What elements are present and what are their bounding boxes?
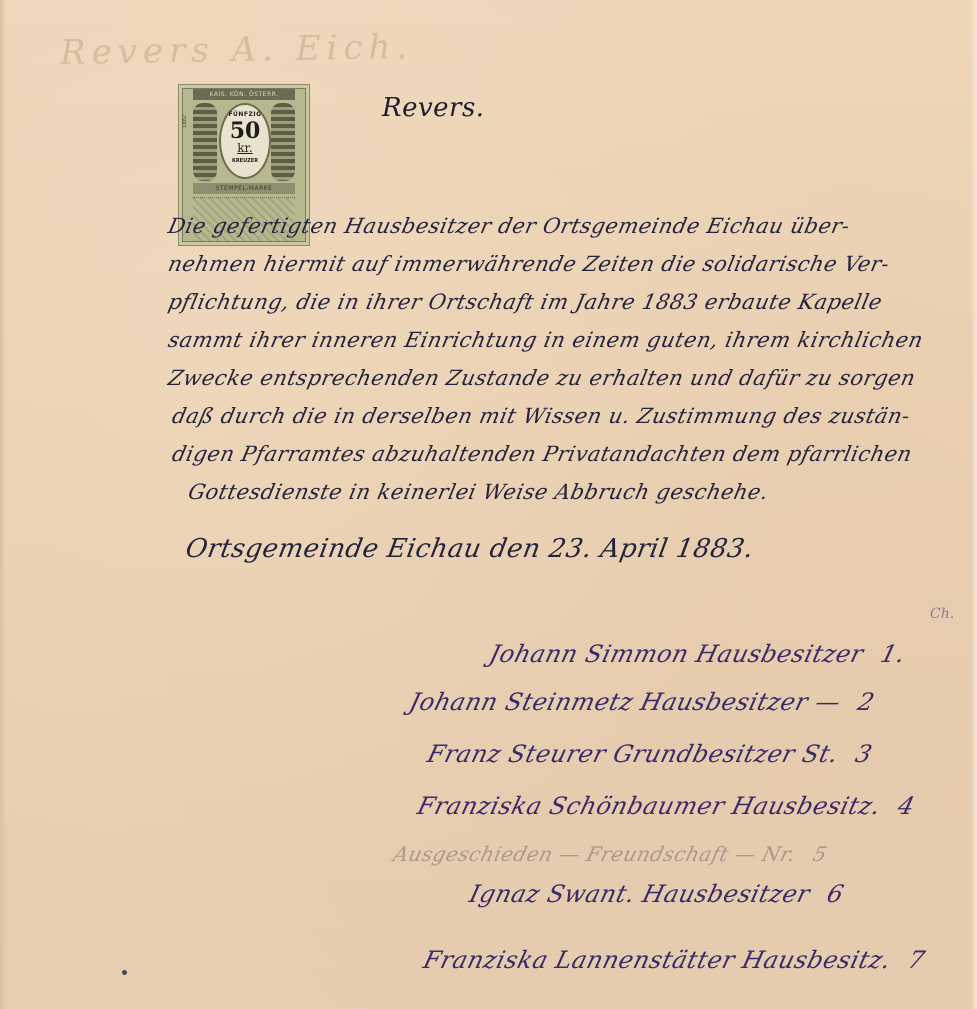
stamp-unit: kr. xyxy=(221,142,269,154)
stamp-top-band: KAIS. KÖN. ÖSTERR. xyxy=(193,89,295,100)
signature-7: Franziska Lannenstätter Hausbesitz.7 xyxy=(421,946,928,974)
stamp-ornament-left-icon xyxy=(193,103,217,181)
body-line-5: Zwecke entsprechenden Zustande zu erhalt… xyxy=(166,366,918,390)
stamp-medallion: FÜNFZIG 50 kr. KREUZER xyxy=(219,103,271,179)
paper-edge-left xyxy=(0,0,6,1009)
signature-number: 7 xyxy=(905,946,928,974)
signature-name: Franziska Schönbaumer Hausbesitz. xyxy=(415,792,884,820)
signature-name: Franziska Lannenstätter Hausbesitz. xyxy=(421,946,895,974)
body-line-7: digen Pfarramtes abzuhaltenden Privatand… xyxy=(170,442,914,466)
faint-bleedthrough-header: Revers A. Eich. xyxy=(60,27,414,73)
signature-name: Ignaz Swant. Hausbesitzer xyxy=(467,880,814,908)
stamp-side-text: 1882 xyxy=(182,115,188,128)
document-title: Revers. xyxy=(382,93,485,123)
signature-number: 2 xyxy=(855,688,878,716)
signature-1: Johann Simmon Hausbesitzer1. xyxy=(487,640,909,668)
signature-6: Ignaz Swant. Hausbesitzer6 xyxy=(467,880,847,908)
signature-3: Franz Steurer Grundbesitzer St.3 xyxy=(425,740,876,768)
paper-edge-right xyxy=(971,0,977,1009)
stamp-value: 50 xyxy=(221,120,269,142)
body-line-3: pflichtung, die in ihrer Ortschaft im Ja… xyxy=(166,290,885,314)
signature-name: Johann Simmon Hausbesitzer xyxy=(487,640,867,668)
signature-5-struck-pencil: Ausgeschieden — Freundschaft — Nr.5 xyxy=(391,842,830,866)
signature-number: 6 xyxy=(824,880,847,908)
signature-number: 4 xyxy=(895,792,918,820)
stamp-word-bottom: KREUZER xyxy=(221,158,269,164)
stamp-bottom-band: STEMPEL-MARKE xyxy=(193,183,295,194)
body-line-1: Die gefertigten Hausbesitzer der Ortsgem… xyxy=(166,214,852,238)
signature-name: Johann Steinmetz Hausbesitzer — xyxy=(407,688,844,716)
place-and-date: Ortsgemeinde Eichau den 23. April 1883. xyxy=(183,534,756,564)
stamp-ornament-right-icon xyxy=(271,103,295,181)
signature-2: Johann Steinmetz Hausbesitzer —2 xyxy=(407,688,878,716)
body-line-8: Gottesdienste in keinerlei Weise Abbruch… xyxy=(186,480,771,504)
body-line-4: sammt ihrer inneren Einrichtung in einem… xyxy=(166,328,925,352)
margin-annotation: Ch. xyxy=(930,606,954,622)
stamp-word-top: FÜNFZIG xyxy=(221,111,269,118)
signature-4: Franziska Schönbaumer Hausbesitz.4 xyxy=(415,792,918,820)
body-line-2: nehmen hiermit auf immerwährende Zeiten … xyxy=(166,252,892,276)
signature-name: Ausgeschieden — Freundschaft — Nr. xyxy=(391,842,799,866)
body-line-6: daß durch die in derselben mit Wissen u.… xyxy=(170,404,912,428)
signature-number: 5 xyxy=(811,842,830,866)
ink-spot xyxy=(122,970,127,975)
document-page: Revers A. Eich. KAIS. KÖN. ÖSTERR. 1882 … xyxy=(0,0,977,1009)
signature-number: 3 xyxy=(852,740,875,768)
signature-number: 1. xyxy=(878,640,909,668)
signature-name: Franz Steurer Grundbesitzer St. xyxy=(425,740,842,768)
